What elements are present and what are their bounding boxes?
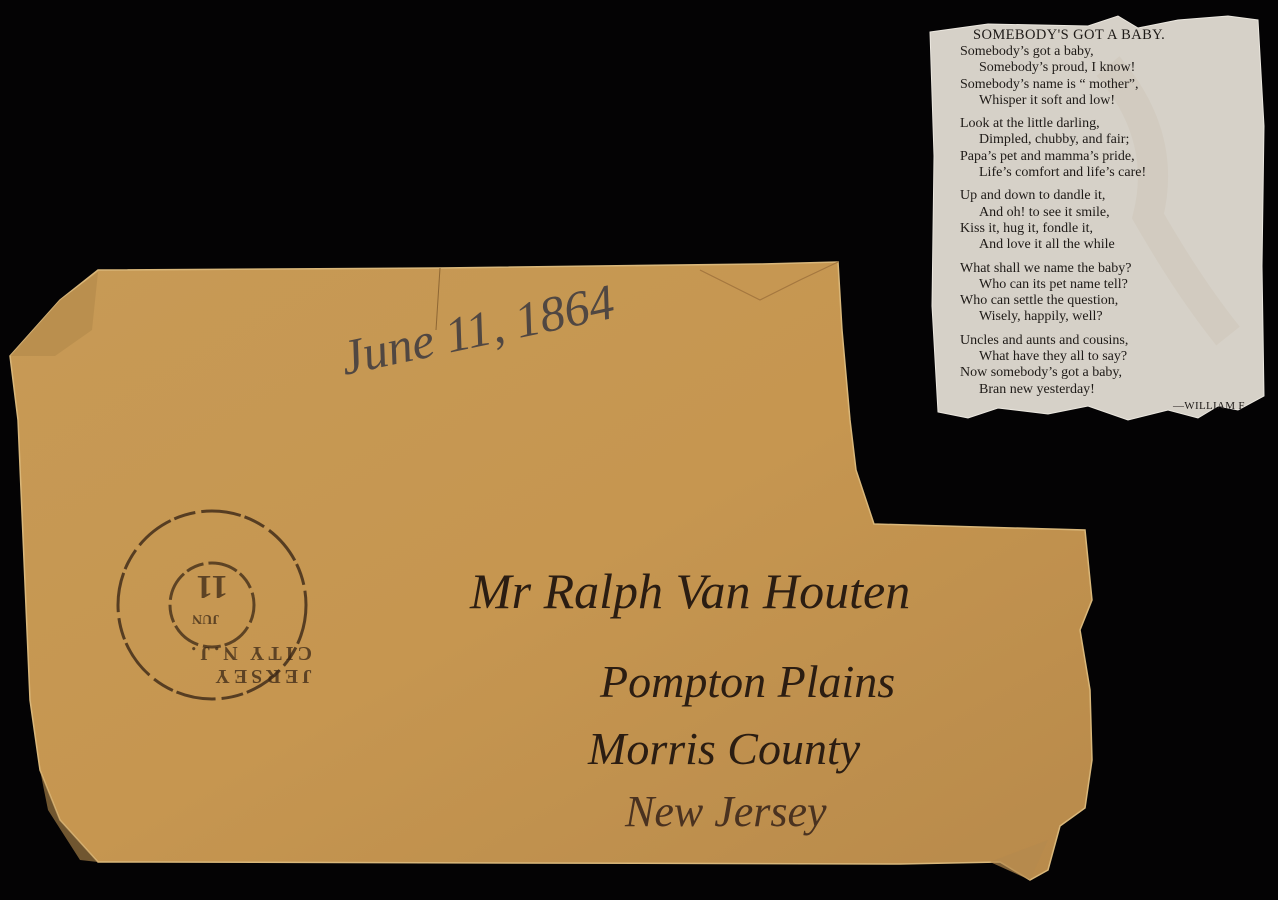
- postmark-day: 11: [196, 567, 228, 605]
- poem-stanza: Look at the little darling,Dimpled, chub…: [960, 116, 1260, 181]
- poem-stanza: What shall we name the baby?Who can its …: [960, 261, 1260, 326]
- poem-line: Somebody’s proud, I know!: [960, 60, 1260, 76]
- poem: SOMEBODY'S GOT A BABY. Somebody’s got a …: [960, 26, 1260, 398]
- poem-line: Up and down to dandle it,: [960, 188, 1260, 204]
- poem-attribution: —WILLIAM F: [1173, 400, 1245, 412]
- poem-line: Life’s comfort and life’s care!: [960, 165, 1260, 181]
- poem-title: SOMEBODY'S GOT A BABY.: [973, 26, 1260, 44]
- poem-stanza: Uncles and aunts and cousins,What have t…: [960, 333, 1260, 398]
- poem-line: Whisper it soft and low!: [960, 93, 1260, 109]
- poem-line: And oh! to see it smile,: [960, 205, 1260, 221]
- postmark-month: JUN: [192, 610, 219, 626]
- address-line-1: Mr Ralph Van Houten: [470, 562, 910, 620]
- poem-line: Uncles and aunts and cousins,: [960, 333, 1260, 349]
- poem-line: Look at the little darling,: [960, 116, 1260, 132]
- poem-line: Kiss it, hug it, fondle it,: [960, 221, 1260, 237]
- postmark-town: JERSEY CITY N.J.: [140, 641, 312, 687]
- poem-line: Dimpled, chubby, and fair;: [960, 132, 1260, 148]
- poem-line: Who can its pet name tell?: [960, 277, 1260, 293]
- photo-scene: SOMEBODY'S GOT A BABY. Somebody’s got a …: [0, 0, 1278, 900]
- poem-line: Papa’s pet and mamma’s pride,: [960, 149, 1260, 165]
- address-line-2: Pompton Plains: [600, 655, 895, 708]
- poem-line: Somebody’s name is “ mother”,: [960, 77, 1260, 93]
- poem-line: Who can settle the question,: [960, 293, 1260, 309]
- address-line-4: New Jersey: [625, 786, 827, 837]
- address-line-3: Morris County: [588, 722, 860, 775]
- poem-line: Wisely, happily, well?: [960, 309, 1260, 325]
- poem-line: What have they all to say?: [960, 349, 1260, 365]
- poem-line: What shall we name the baby?: [960, 261, 1260, 277]
- poem-line: Bran new yesterday!: [960, 382, 1260, 398]
- poem-line: And love it all the while: [960, 237, 1260, 253]
- postmark: 11 JUN JERSEY CITY N.J.: [112, 505, 312, 705]
- poem-stanza: Somebody’s got a baby,Somebody’s proud, …: [960, 44, 1260, 109]
- poem-line: Now somebody’s got a baby,: [960, 365, 1260, 381]
- poem-stanza: Up and down to dandle it,And oh! to see …: [960, 188, 1260, 253]
- poem-line: Somebody’s got a baby,: [960, 44, 1260, 60]
